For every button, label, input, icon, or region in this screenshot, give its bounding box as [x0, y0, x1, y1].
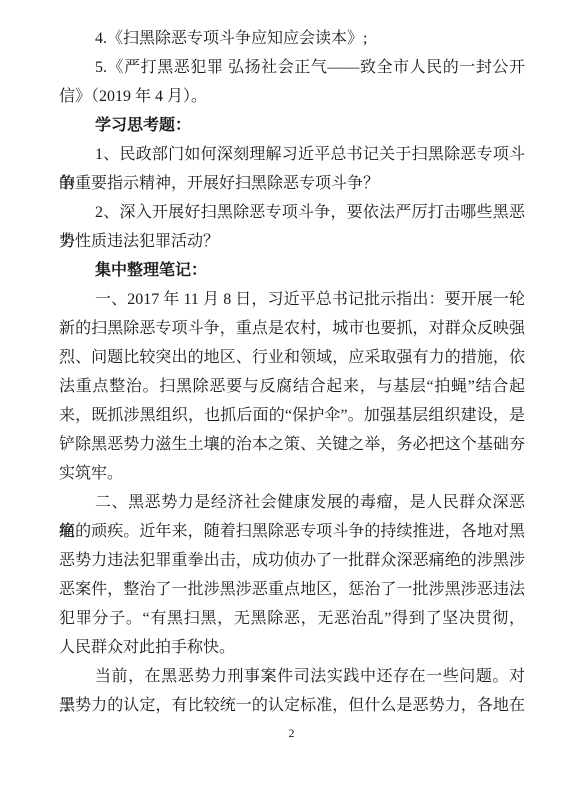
text-line: 二、黑恶势力是经济社会健康发展的毒瘤，是人民群众深恶痛 — [59, 488, 525, 517]
text-line: 实筑牢。 — [59, 459, 525, 488]
text-line: 人民群众对此拍手称快。 — [59, 633, 525, 662]
text-line: 恶势力违法犯罪重拳出击，成功侦办了一批群众深恶痛绝的涉黑涉 — [59, 546, 525, 575]
text-line: 集中整理笔记： — [59, 256, 525, 285]
text-line: 法重点整治。扫黑除恶要与反腐结合起来，与基层“拍蝇”结合起 — [59, 372, 525, 401]
text-line: 的重要指示精神，开展好扫黑除恶专项斗争？ — [59, 169, 525, 198]
text-line: 信》（2019 年 4 月）。 — [59, 82, 525, 111]
text-line: 来，既抓涉黑组织，也抓后面的“保护伞”。加强基层组织建设，是 — [59, 401, 525, 430]
text-line: 4.《扫黑除恶专项斗争应知应会读本》; — [59, 24, 525, 53]
text-line: 学习思考题： — [59, 111, 525, 140]
text-line: 新的扫黑除恶专项斗争，重点是农村，城市也要抓，对群众反映强 — [59, 314, 525, 343]
text-line: 恶案件，整治了一批涉黑涉恶重点地区，惩治了一批涉黑涉恶违法 — [59, 575, 525, 604]
text-line: 绝的顽疾。近年来，随着扫黑除恶专项斗争的持续推进，各地对黑 — [59, 517, 525, 546]
page-number: 2 — [289, 726, 295, 740]
text-line: 5.《严打黑恶犯罪 弘扬社会正气——致全市人民的一封公开 — [59, 53, 525, 82]
text-line: 黑势力的认定，有比较统一的认定标准，但什么是恶势力，各地在 — [59, 691, 525, 720]
document-page: 4.《扫黑除恶专项斗争应知应会读本》;5.《严打黑恶犯罪 弘扬社会正气——致全市… — [0, 0, 583, 797]
page-footer: 2 — [0, 724, 583, 742]
text-line: 1、民政部门如何深刻理解习近平总书记关于扫黑除恶专项斗争 — [59, 140, 525, 169]
text-line: 一、2017 年 11 月 8 日，习近平总书记批示指出：要开展一轮 — [59, 285, 525, 314]
text-line: 2、深入开展好扫黑除恶专项斗争，要依法严厉打击哪些黑恶势 — [59, 198, 525, 227]
text-line: 烈、问题比较突出的地区、行业和领域，应采取强有力的措施，依 — [59, 343, 525, 372]
text-line: 力性质违法犯罪活动？ — [59, 227, 525, 256]
text-line: 犯罪分子。“有黑扫黑，无黑除恶，无恶治乱”得到了坚决贯彻， — [59, 604, 525, 633]
text-line: 当前，在黑恶势力刑事案件司法实践中还存在一些问题。对于 — [59, 662, 525, 691]
document-body: 4.《扫黑除恶专项斗争应知应会读本》;5.《严打黑恶犯罪 弘扬社会正气——致全市… — [59, 24, 525, 720]
text-line: 铲除黑恶势力滋生土壤的治本之策、关键之举，务必把这个基础夯 — [59, 430, 525, 459]
